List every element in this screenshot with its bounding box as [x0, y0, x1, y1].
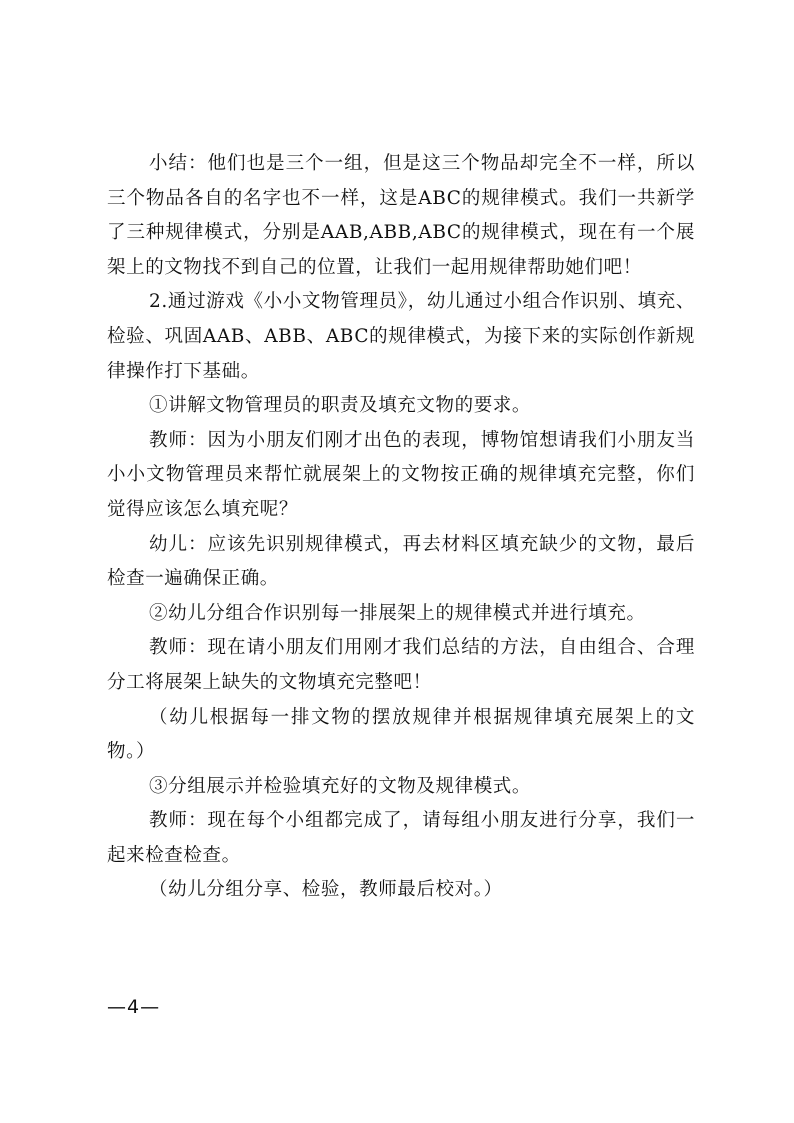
document-body: 小结：他们也是三个一组，但是这三个物品却完全不一样，所以三个物品各自的名字也不一…	[107, 147, 695, 908]
child-answer-paragraph: 幼儿：应该先识别规律模式，再去材料区填充缺少的文物，最后检查一遍确保正确。	[107, 528, 695, 597]
closing-note-paragraph: （幼儿分组分享、检验，教师最后校对。）	[107, 873, 695, 908]
step-2-heading: ②幼儿分组合作识别每一排展架上的规律模式并进行填充。	[107, 597, 695, 632]
step-1-heading: ①讲解文物管理员的职责及填充文物的要求。	[107, 389, 695, 424]
teacher-share-paragraph: 教师：现在每个小组都完成了，请每组小朋友进行分享，我们一起来检查检查。	[107, 804, 695, 873]
teacher-instruction-paragraph: 教师：现在请小朋友们用刚才我们总结的方法，自由组合、合理分工将展架上缺失的文物填…	[107, 631, 695, 700]
document-page: 小结：他们也是三个一组，但是这三个物品却完全不一样，所以三个物品各自的名字也不一…	[0, 0, 794, 1123]
teacher-question-paragraph: 教师：因为小朋友们刚才出色的表现，博物馆想请我们小朋友当小小文物管理员来帮忙就展…	[107, 424, 695, 528]
activity-note-paragraph: （幼儿根据每一排文物的摆放规律并根据规律填充展架上的文物。）	[107, 701, 695, 770]
step-3-heading: ③分组展示并检验填充好的文物及规律模式。	[107, 770, 695, 805]
page-number: —4—	[107, 996, 160, 1018]
summary-paragraph: 小结：他们也是三个一组，但是这三个物品却完全不一样，所以三个物品各自的名字也不一…	[107, 147, 695, 285]
section-2-paragraph: 2.通过游戏《小小文物管理员》，幼儿通过小组合作识别、填充、检验、巩固AAB、A…	[107, 285, 695, 389]
